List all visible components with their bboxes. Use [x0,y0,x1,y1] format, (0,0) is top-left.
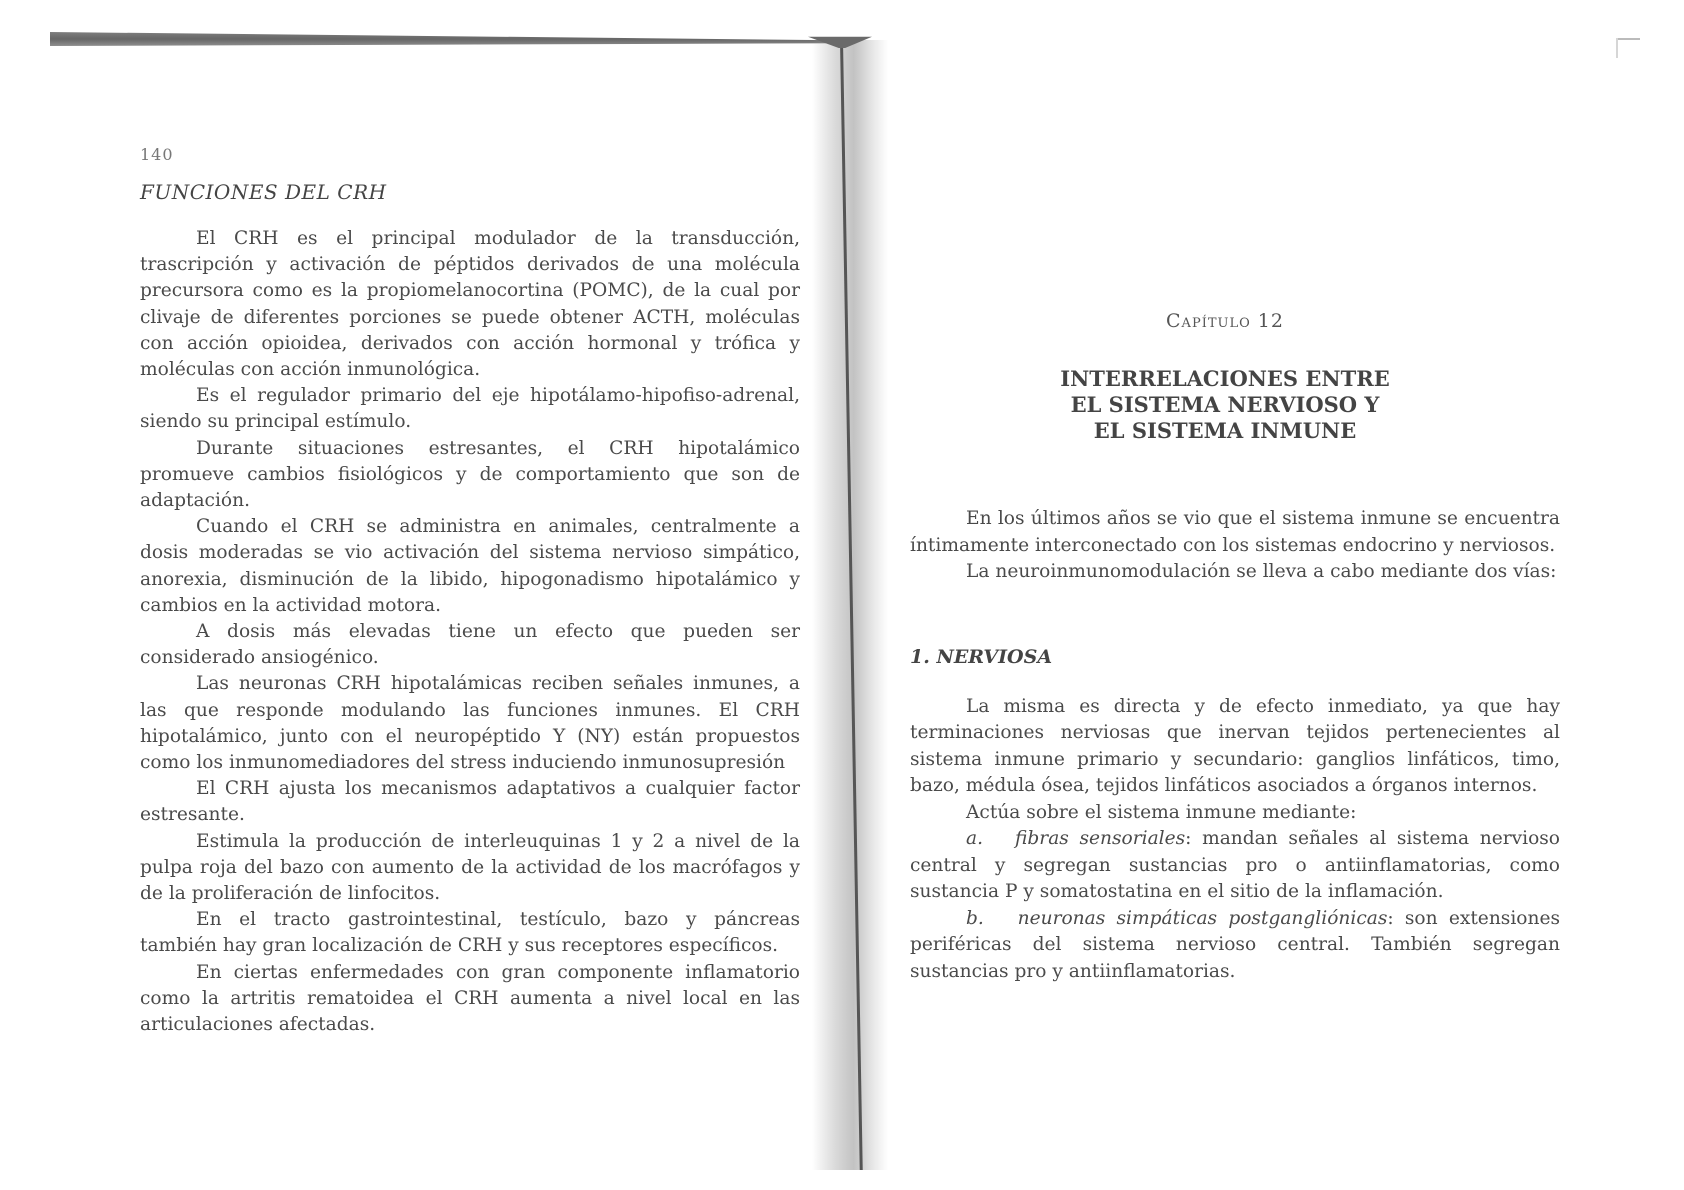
paragraph: En los últimos años se vio que el sistem… [910,506,1560,559]
list-term: fibras sensoriales [1015,828,1185,849]
chapter-label: Capítulo 12 [890,310,1560,332]
paragraph: El CRH ajusta los mecanismos adaptativos… [140,776,800,828]
left-page: 140 FUNCIONES DEL CRH El CRH es el princ… [140,145,800,1038]
chapter-intro: En los últimos años se vio que el sistem… [910,506,1560,586]
subheading-nerviosa: 1. NERVIOSA [910,646,1560,668]
right-page: Capítulo 12 INTERRELACIONES ENTRE EL SIS… [910,310,1560,985]
left-page-body: El CRH es el principal modulador de la t… [140,226,800,1038]
chapter-title-line: EL SISTEMA NERVIOSO Y [890,392,1560,418]
list-marker: a. [966,828,983,849]
paragraph: La neuroinmunomodulación se lleva a cabo… [910,559,1560,586]
paragraph: Cuando el CRH se administra en animales,… [140,514,800,619]
paragraph: El CRH es el principal modulador de la t… [140,226,800,383]
paragraph: Actúa sobre el sistema inmune mediante: [910,800,1560,827]
corner-mark-vertical [1616,38,1618,58]
list-item-b: b. neuronas simpáticas postgangliónicas:… [910,906,1560,986]
paragraph: A dosis más elevadas tiene un efecto que… [140,619,800,671]
paragraph: En ciertas enfermedades con gran compone… [140,960,800,1039]
paragraph: La misma es directa y de efecto inmediat… [910,694,1560,800]
list-text: : mandan señales al sistema nervioso cen… [910,828,1560,902]
page-number: 140 [140,145,800,164]
chapter-title: INTERRELACIONES ENTRE EL SISTEMA NERVIOS… [890,366,1560,444]
scan-top-shadow-bar [50,32,850,46]
section-title: FUNCIONES DEL CRH [140,180,800,204]
paragraph: Estimula la producción de interleuquinas… [140,829,800,908]
corner-mark [1618,38,1640,40]
paragraph: Las neuronas CRH hipotalámicas reciben s… [140,671,800,776]
nerviosa-section: La misma es directa y de efecto inmediat… [910,694,1560,986]
list-term: neuronas simpáticas postgangliónicas [1018,908,1388,929]
paragraph: Durante situaciones estresantes, el CRH … [140,436,800,515]
chapter-title-line: EL SISTEMA INMUNE [890,418,1560,444]
paragraph: Es el regulador primario del eje hipotál… [140,383,800,435]
list-item-a: a. fibras sensoriales: mandan señales al… [910,826,1560,906]
list-marker: b. [966,908,984,929]
chapter-title-line: INTERRELACIONES ENTRE [890,366,1560,392]
paragraph: En el tracto gastrointestinal, testículo… [140,907,800,959]
